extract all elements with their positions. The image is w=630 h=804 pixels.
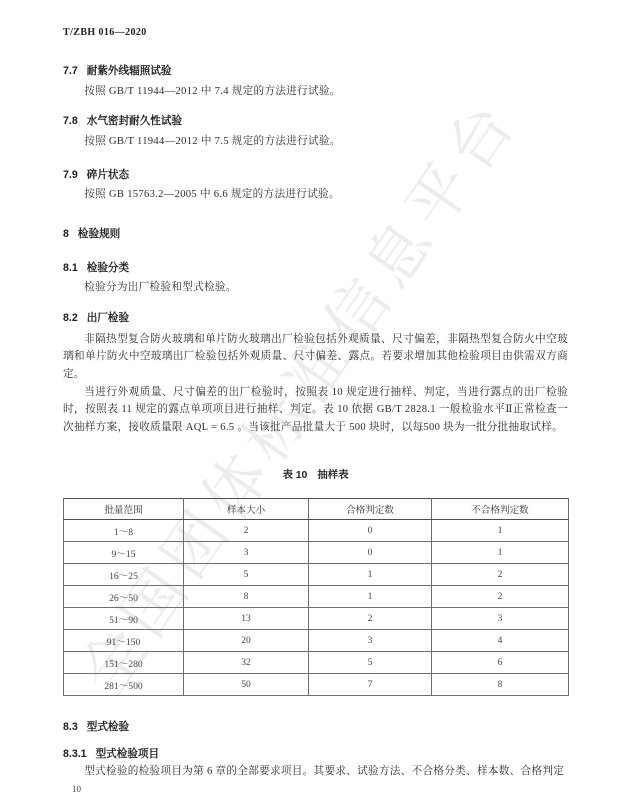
paragraph-8-2-first: 非隔热型复合防火玻璃和单片防火玻璃出厂检验包括外观质量、尺寸偏差，非隔热型复合防… [63,331,568,383]
table-caption-title: 抽样表 [317,466,348,481]
section-title: 水气密封耐久性试验 [87,114,182,128]
section-heading-7-9: 7.9 碎片状态 [63,168,568,182]
section-heading-7-7: 7.7 耐紫外线辐照试验 [63,64,568,78]
table-row: 16～25512 [64,564,569,586]
section-heading-8: 8 检验规则 [63,227,568,241]
table-cell: 3 [432,608,569,630]
table-body: 1～82019～1530116～2551226～5081251～90132391… [64,520,569,696]
table-row: 91～1502034 [64,630,569,652]
table-cell: 0 [309,542,432,564]
table-header-cell: 合格判定数 [309,499,432,520]
section-heading-8-1: 8.1 检验分类 [63,261,568,275]
table-cell: 26～50 [64,586,184,608]
page-number: 10 [72,784,81,794]
table-cell: 3 [309,630,432,652]
section-title: 耐紫外线辐照试验 [87,64,172,78]
section-title: 检验分类 [87,261,129,275]
table-cell: 8 [184,586,309,608]
paragraph-7-9: 按照 GB 15763.2—2005 中 6.6 规定的方法进行试验。 [63,186,568,203]
table-cell: 16～25 [64,564,184,586]
table-row: 9～15301 [64,542,569,564]
table-cell: 13 [184,608,309,630]
section-number: 8 [63,227,69,241]
table-row: 26～50812 [64,586,569,608]
table-cell: 9～15 [64,542,184,564]
section-number: 8.3 [63,720,78,734]
table-caption: 表 10 抽样表 [63,466,568,481]
table-cell: 32 [184,652,309,674]
section-title: 检验规则 [78,227,120,241]
section-number: 8.3.1 [63,747,87,761]
section-heading-7-8: 7.8 水气密封耐久性试验 [63,114,568,128]
table-cell: 50 [184,674,309,696]
section-number: 7.9 [63,168,78,182]
table-cell: 3 [184,542,309,564]
sampling-table: 批量范围样本大小合格判定数不合格判定数 1～82019～1530116～2551… [63,498,569,696]
table-row: 1～8201 [64,520,569,542]
paragraph-7-7: 按照 GB/T 11944—2012 中 7.4 规定的方法进行试验。 [63,83,568,100]
paragraph-8-1: 检验分为出厂检验和型式检验。 [63,279,568,296]
table-cell: 2 [432,586,569,608]
table-cell: 2 [184,520,309,542]
section-title: 出厂检验 [87,311,129,325]
section-heading-8-2: 8.2 出厂检验 [63,311,568,325]
document-header-standard-number: T/ZBH 016—2020 [63,27,147,38]
table-header-cell: 批量范围 [64,499,184,520]
table-cell: 1～8 [64,520,184,542]
section-number: 8.1 [63,261,78,275]
section-number: 8.2 [63,311,78,325]
table-cell: 91～150 [64,630,184,652]
paragraph-8-2-second: 当进行外观质量、尺寸偏差的出厂检验时，按照表 10 规定进行抽样、判定，当进行露… [63,384,568,436]
section-title: 型式检验项目 [96,747,160,761]
table-cell: 151～280 [64,652,184,674]
table-header-cell: 不合格判定数 [432,499,569,520]
table-cell: 7 [309,674,432,696]
table-cell: 51～90 [64,608,184,630]
table-header-row: 批量范围样本大小合格判定数不合格判定数 [64,499,569,520]
table-cell: 1 [432,542,569,564]
section-number: 7.7 [63,64,78,78]
table-cell: 8 [432,674,569,696]
table-cell: 2 [432,564,569,586]
paragraph-7-8: 按照 GB/T 11944—2012 中 7.5 规定的方法进行试验。 [63,133,568,150]
section-heading-8-3-1: 8.3.1 型式检验项目 [63,747,568,761]
table-cell: 5 [309,652,432,674]
table-cell: 281～500 [64,674,184,696]
document-page: 全国团体标准信息平台 T/ZBH 016—2020 7.7 耐紫外线辐照试验 按… [0,0,630,804]
table-caption-number: 表 10 [282,466,307,481]
table-cell: 1 [309,586,432,608]
table-header-cell: 样本大小 [184,499,309,520]
section-title: 碎片状态 [87,168,129,182]
table-cell: 4 [432,630,569,652]
section-number: 7.8 [63,114,78,128]
table-row: 281～5005078 [64,674,569,696]
table-row: 51～901323 [64,608,569,630]
table-cell: 20 [184,630,309,652]
table-cell: 6 [432,652,569,674]
table-cell: 5 [184,564,309,586]
paragraph-8-3-1: 型式检验的检验项目为第 6 章的全部要求项目。其要求、试验方法、不合格分类、样本… [63,763,568,780]
section-title: 型式检验 [87,720,129,734]
table-row: 151～2803256 [64,652,569,674]
table-cell: 1 [432,520,569,542]
section-heading-8-3: 8.3 型式检验 [63,720,568,734]
table-cell: 2 [309,608,432,630]
table-cell: 1 [309,564,432,586]
table-cell: 0 [309,520,432,542]
